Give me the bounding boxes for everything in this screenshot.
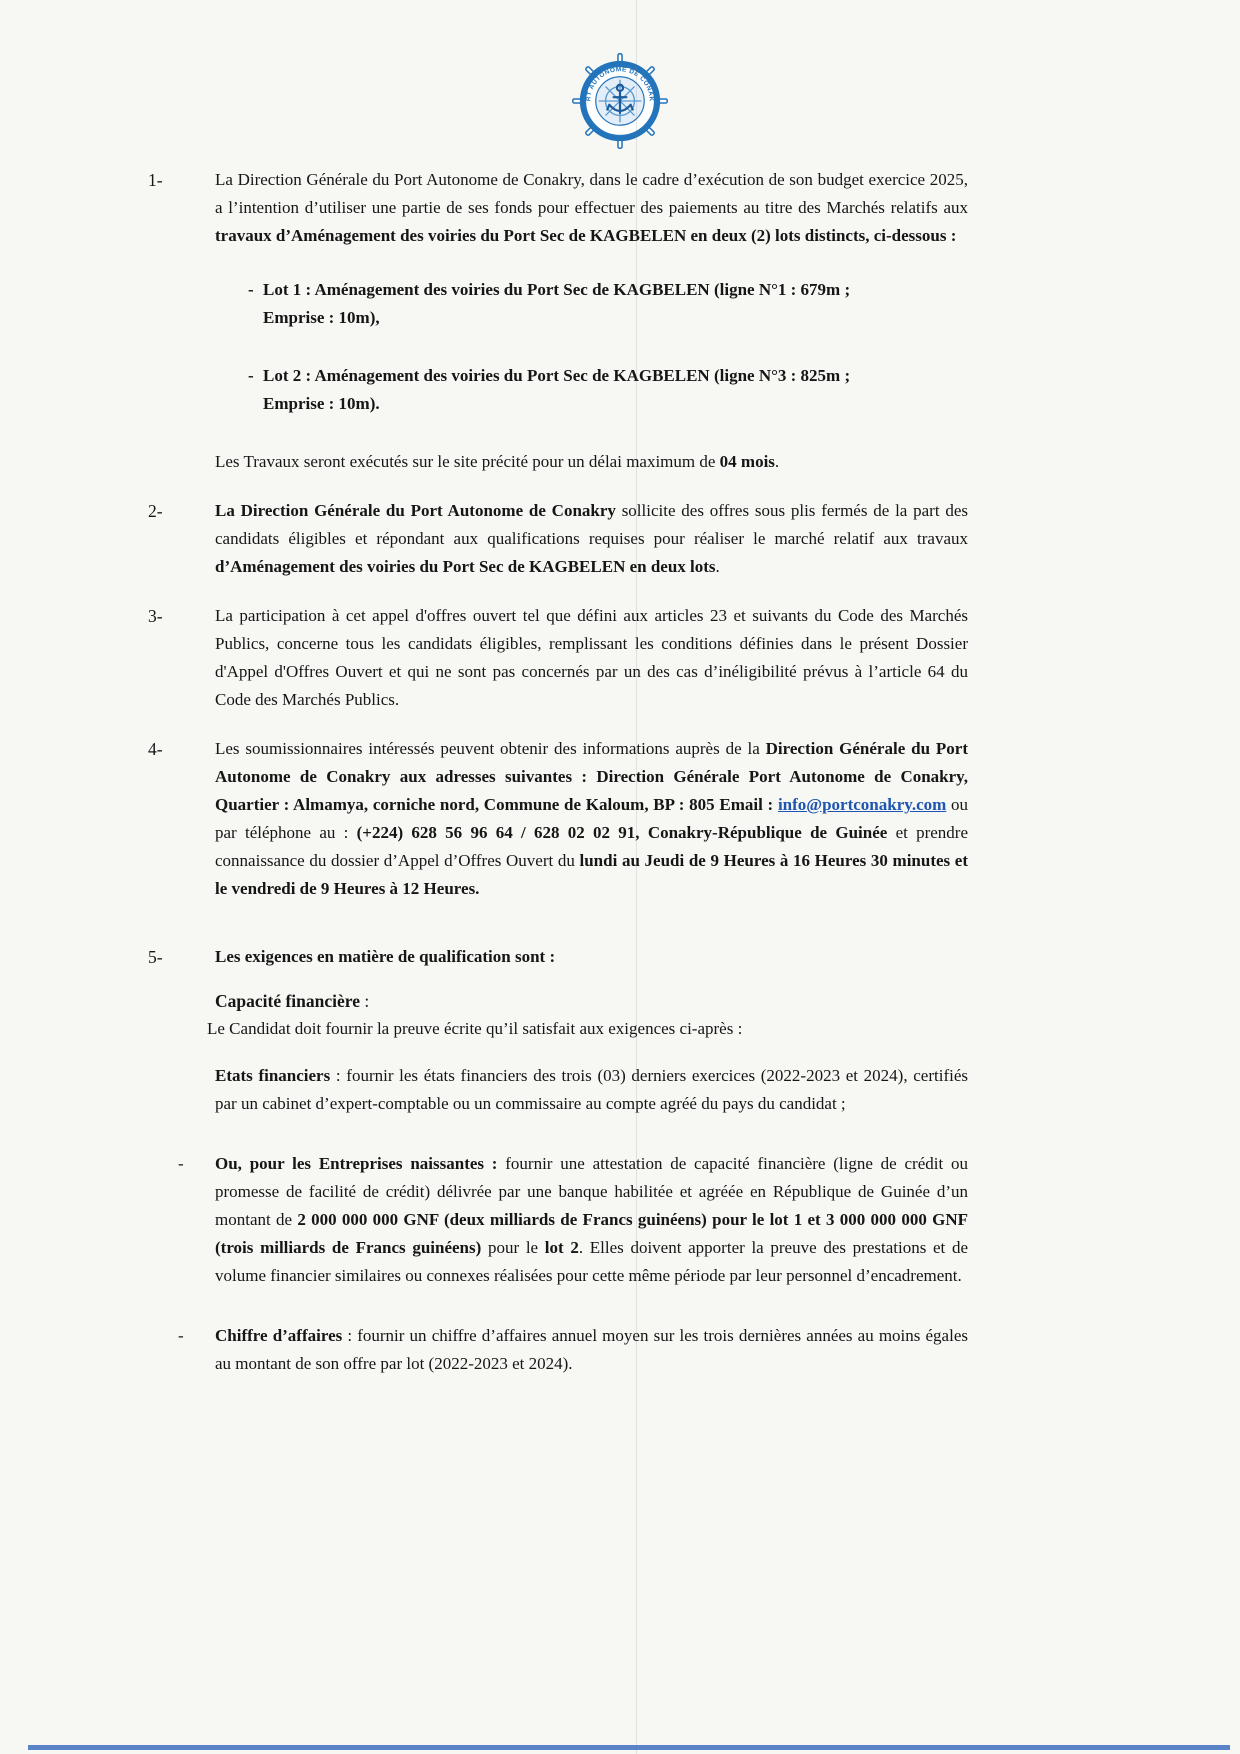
item-4-paragraph: Les soumissionnaires intéressés peuvent … [215, 735, 968, 903]
document-body: 1- La Direction Générale du Port Autonom… [0, 160, 1240, 1378]
entreprises-naissantes-text: Ou, pour les Entreprises naissantes : fo… [215, 1150, 968, 1290]
scanned-document-page: PORT AUTONOME DE CONAKRY [0, 0, 1240, 1754]
bottom-blue-rule [28, 1745, 1230, 1750]
scan-fold-line [636, 0, 637, 1754]
item-number: 5- [148, 943, 215, 1118]
port-autonome-conakry-logo: PORT AUTONOME DE CONAKRY [551, 50, 689, 152]
item-number: 2- [148, 497, 215, 581]
numbered-item-3: 3- La participation à cet appel d'offres… [148, 602, 968, 714]
dash-bullet-icon: - [178, 1150, 215, 1290]
lot-2-text: Lot 2 : Aménagement des voiries du Port … [263, 362, 888, 418]
numbered-item-4: 4- Les soumissionnaires intéressés peuve… [148, 735, 968, 903]
email-link[interactable]: info@portconakry.com [778, 795, 946, 814]
entreprises-naissantes-bullet: - Ou, pour les Entreprises naissantes : … [178, 1150, 968, 1290]
lots-list: - Lot 1 : Aménagement des voiries du Por… [248, 276, 968, 418]
chiffre-affaires-text: Chiffre d’affaires : fournir un chiffre … [215, 1322, 968, 1378]
numbered-item-5: 5- Les exigences en matière de qualifica… [148, 943, 968, 1118]
lot-2-item: - Lot 2 : Aménagement des voiries du Por… [248, 362, 968, 418]
item-3-paragraph: La participation à cet appel d'offres ou… [215, 602, 968, 714]
item-number: 3- [148, 602, 215, 714]
etats-financiers-paragraph: Etats financiers : fournir les états fin… [215, 1062, 968, 1118]
candidat-line: Le Candidat doit fournir la preuve écrit… [207, 1015, 968, 1043]
numbered-item-2: 2- La Direction Générale du Port Autonom… [148, 497, 968, 581]
item-5-heading: Les exigences en matière de qualificatio… [215, 943, 968, 971]
item-number: 4- [148, 735, 215, 903]
item-number: 1- [148, 166, 215, 476]
dash-bullet-icon: - [178, 1322, 215, 1378]
dash-bullet-icon: - [248, 276, 263, 332]
capacite-financiere-heading: Capacité financière : [215, 987, 968, 1015]
dash-bullet-icon: - [248, 362, 263, 418]
ship-wheel-anchor-icon: PORT AUTONOME DE CONAKRY [551, 50, 689, 152]
lot-1-item: - Lot 1 : Aménagement des voiries du Por… [248, 276, 968, 332]
item-1-paragraph: La Direction Générale du Port Autonome d… [215, 166, 968, 250]
numbered-item-1: 1- La Direction Générale du Port Autonom… [148, 166, 968, 476]
lot-1-text: Lot 1 : Aménagement des voiries du Port … [263, 276, 888, 332]
qualification-section: Capacité financière : Le Candidat doit f… [215, 987, 968, 1118]
item-2-paragraph: La Direction Générale du Port Autonome d… [215, 497, 968, 581]
chiffre-affaires-bullet: - Chiffre d’affaires : fournir un chiffr… [178, 1322, 968, 1378]
delay-note: Les Travaux seront exécutés sur le site … [215, 448, 968, 476]
